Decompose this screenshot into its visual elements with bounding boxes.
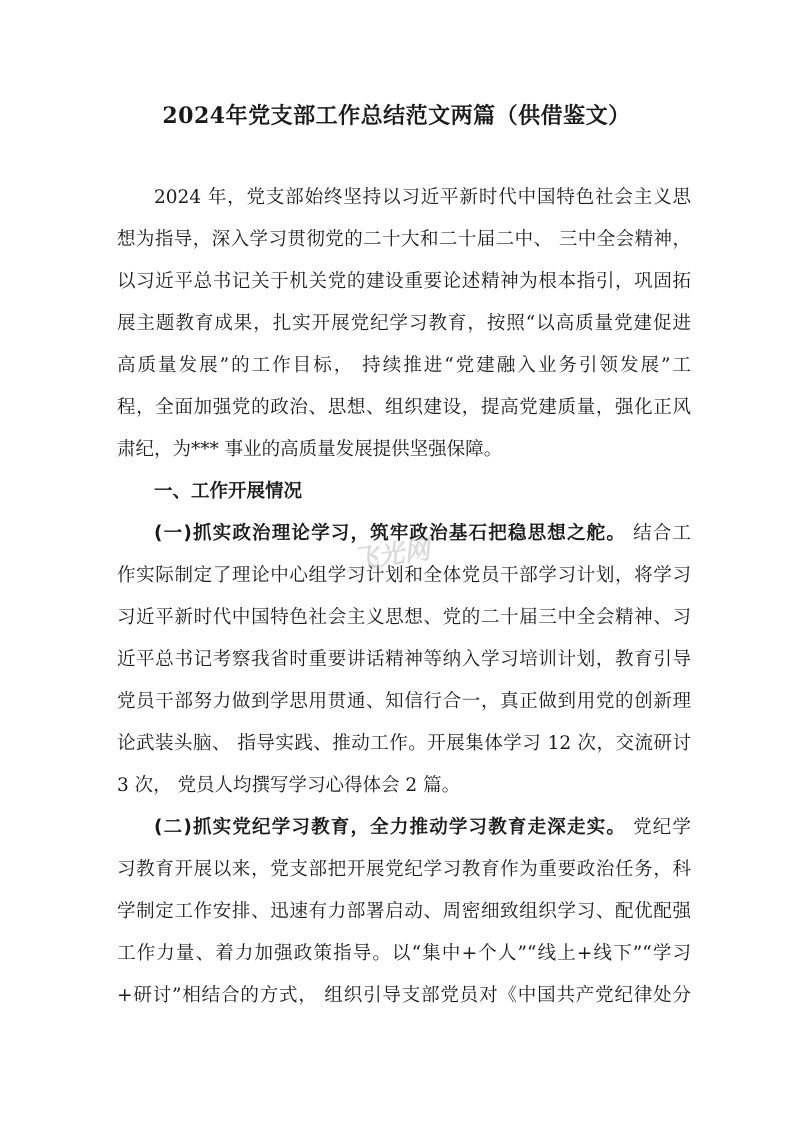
paragraph-line: +研讨”相结合的方式， 组织引导支部党员对《中国共产党纪律处分	[117, 975, 691, 1017]
paragraph-text: 党纪学	[626, 817, 691, 838]
document-page: 2024年党支部工作总结范文两篇（供借鉴文） 2024 年，党支部始终坚持以习近…	[0, 0, 793, 1122]
paragraph-line: 展主题教育成果，扎实开展党纪学习教育，按照“以高质量党建促进	[117, 303, 691, 345]
subsection-title: (一)抓实政治理论学习，筑牢政治基石把稳思想之舵。	[154, 523, 626, 544]
paragraph-line: 作实际制定了理论中心组学习计划和全体党员干部学习计划，将学习	[117, 555, 691, 597]
paragraph-line: 习近平新时代中国特色社会主义思想、党的二十届三中全会精神、习	[117, 597, 691, 639]
document-body: 2024 年，党支部始终坚持以习近平新时代中国特色社会主义思 想为指导，深入学习…	[117, 177, 691, 1017]
subsection-first-line: (一)抓实政治理论学习，筑牢政治基石把稳思想之舵。 结合工	[117, 513, 691, 555]
paragraph-line: 习教育开展以来，党支部把开展党纪学习教育作为重要政治任务，科	[117, 849, 691, 891]
paragraph-line: 近平总书记考察我省时重要讲话精神等纳入学习培训计划，教育引导	[117, 639, 691, 681]
subsection-title: (二)抓实党纪学习教育，全力推动学习教育走深走实。	[154, 817, 626, 838]
paragraph-line: 2024 年，党支部始终坚持以习近平新时代中国特色社会主义思	[117, 177, 691, 219]
paragraph-line: 程，全面加强党的政治、思想、组织建设，提高党建质量，强化正风	[117, 387, 691, 429]
document-title: 2024年党支部工作总结范文两篇（供借鉴文）	[0, 100, 793, 132]
paragraph-line: 党员干部努力做到学思用贯通、知信行合一，真正做到用党的创新理	[117, 681, 691, 723]
paragraph-line: 3 次， 党员人均撰写学习心得体会 2 篇。	[117, 765, 691, 807]
paragraph-line: 肃纪，为*** 事业的高质量发展提供坚强保障。	[117, 429, 691, 471]
paragraph-line: 高质量发展”的工作目标， 持续推进“党建融入业务引领发展”工	[117, 345, 691, 387]
paragraph-line: 论武装头脑、 指导实践、推动工作。开展集体学习 12 次，交流研讨	[117, 723, 691, 765]
paragraph-text: 结合工	[626, 523, 691, 544]
paragraph-line: 想为指导，深入学习贯彻党的二十大和二十届二中、 三中全会精神，	[117, 219, 691, 261]
paragraph-line: 学制定工作安排、迅速有力部署启动、周密细致组织学习、配优配强	[117, 891, 691, 933]
paragraph-line: 工作力量、着力加强政策指导。以“集中+个人”“线上+线下”“学习	[117, 933, 691, 975]
section-heading: 一、工作开展情况	[117, 471, 691, 513]
subsection-first-line: (二)抓实党纪学习教育，全力推动学习教育走深走实。 党纪学	[117, 807, 691, 849]
paragraph-line: 以习近平总书记关于机关党的建设重要论述精神为根本指引，巩固拓	[117, 261, 691, 303]
